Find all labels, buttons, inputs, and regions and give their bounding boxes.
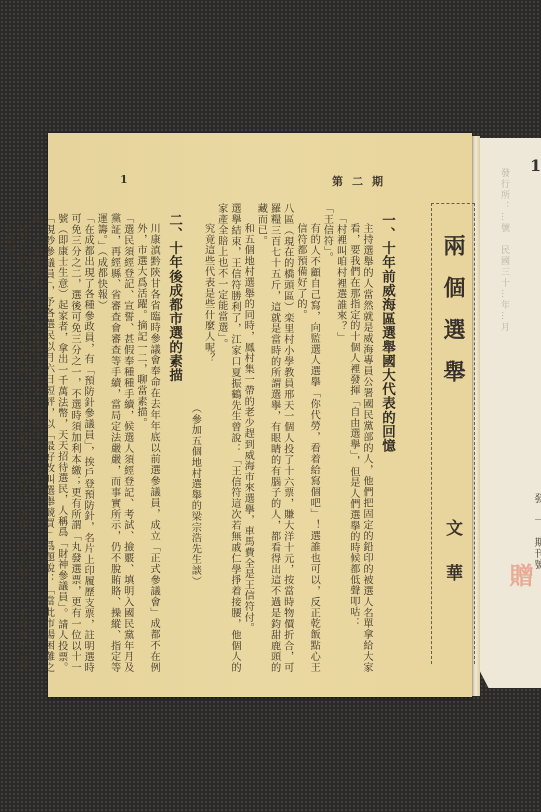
paragraph: 「選民須經登記、宣誓、甚假奉種種手續，候選人須經登記、考試、撿覈、填明入國民黨年… [94,203,134,673]
adjacent-page: 1 發行所：…號 民國三十…年…月 發 一 期刊號 贈 [480,138,541,688]
source-note: （參加五個地村選舉的梁宗浩先生談） [188,203,201,673]
page-header: 1 第二期 [48,173,472,187]
article-body: 兩個選舉 文華 一、十年前威海區選舉國大代表的回憶 主持選舉的人當然就是威海專員… [103,195,453,675]
paragraph: 「王信符」。 [320,203,333,673]
paragraph: 八區（現在的橋頭區）栾里村小學教員邢天一個人投了十六票，賺大洋十元，按當時物價折… [254,203,294,673]
article-author: 文華 [440,519,465,609]
title-box: 兩個選舉 文華 [431,203,475,664]
paragraph: 按當局的規定，選民們要用門牌，才能領得選票的，因此門牌便一時身價百倍，不僅保甲長… [2,203,28,673]
adjacent-page-glyph: 1 [530,156,541,175]
paragraph: 川康滇黔陝甘各省臨時參議會奉命在去年年底以前選參議員，成立「正式參議會」成都不在… [134,203,160,673]
red-stamp: 贈 [502,563,537,587]
paragraph: 「村裡叫咱村裡選誰來？」 [333,203,346,673]
article-title: 兩個選舉 [438,234,469,402]
paragraph: 究竟這些代表是些什麼人呢？ [201,203,214,673]
article-text: 一、十年前威海區選舉國大代表的回憶 主持選舉的人當然就是威海專員公署國民黨部的人… [2,203,401,673]
adjacent-page-edge-text: 發 一 期刊號 [530,493,541,570]
section-2-heading: 二、十年後成都市選的素描 [166,203,182,673]
paragraph: 選擧結束，王信符勝利了，江家口夏振鶴先生曾說：「王信符這次若無戚仁學掙着接腰，他… [215,203,241,673]
paragraph: 主持選舉的人當然就是威海專員公署國民黨部的人，他們把固定的鉛印的被選人名單拿給大… [347,203,373,673]
section-1-heading: 一、十年前威海區選舉國大代表的回憶 [379,203,395,673]
issue-label: 第二期 [332,173,392,189]
paragraph: 有的人不顧自己寫，向監選人選擧「你代勞，看着給寫個吧」！選誰也可以，反正乾飯點心… [294,203,320,673]
paragraph: 「在成都出現了各種參政員，有「預防針參議員」，挨戶登預防針，名片上印履歷支票，註… [28,203,94,673]
document-page: 1 第二期 兩個選舉 文華 一、十年前威海區選舉國大代表的回憶 主持選舉的人當然… [48,133,472,697]
paragraph: 和五個地村選舉的同時，鳳村集一帶的老少趕到威海市來選擧，車馬費全是王信符付。 [241,203,254,673]
page-number: 1 [120,173,128,186]
adjacent-page-faint-text: 發行所：…號 民國三十…年…月 [498,168,511,333]
